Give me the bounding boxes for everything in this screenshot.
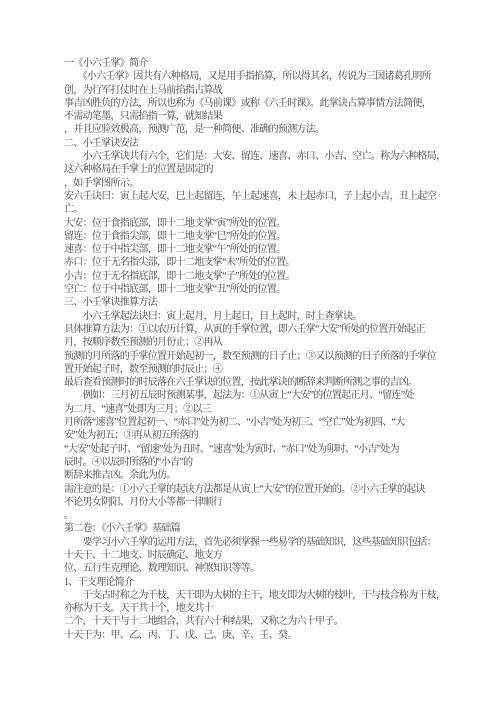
text-line: 月所落“速喜”位置起初一、“赤口”处为初二、“小吉”处为初三、“空亡”处为初四、… xyxy=(64,416,444,429)
text-line: 断辞来推吉凶。余此为仿。 xyxy=(64,469,444,482)
text-line: “大安”处起子时、“留速”处为丑时、“速喜”处为寅时、“赤口”处为卯时、“小吉”… xyxy=(64,443,444,456)
text-line: 小吉：位于无名指底部，即十二地支掌“子”所处的位置。 xyxy=(64,270,444,283)
text-line: 十天干为：甲、乙、丙、丁、戊、己、庚、辛、壬、癸。 xyxy=(64,629,444,642)
text-line: 预测的月所落的手掌位置开始起初一，数至预测的日子止；③又以预测的日子所落的手掌位 xyxy=(64,350,444,363)
text-line: 不需动笔墨，只需掐指一算，就知结果 xyxy=(64,110,444,123)
text-line: 十天干、十二地支、时辰确定、地支方 xyxy=(64,549,444,562)
text-line: 大安：位于食指底部，即十二地支掌“寅”所处的位置。 xyxy=(64,217,444,230)
text-line: 小六壬掌起法诀曰：寅上起月，月上起日，日上起时，时上查掌诀。 xyxy=(64,310,444,323)
text-line: 。 xyxy=(64,509,444,522)
text-line: 1、干支理论简介 xyxy=(64,576,444,589)
text-line: 创，为行军打仗时在上马前掐指占算战 xyxy=(64,84,444,97)
text-line: 具体推算方法为：①以农历计算，从寅的手掌位置，即六壬掌“大安”所处的位置开始起正 xyxy=(64,323,444,336)
text-line: 三、小壬掌诀推算方法 xyxy=(64,296,444,309)
text-line: 亡。 xyxy=(64,203,444,216)
text-line: 小六壬掌诀共有六个，它们是：大安、留连、速喜、赤口、小吉、空亡。称为六种格局， xyxy=(64,150,444,163)
text-line: 要学习小六壬掌的运用方法，首先必须掌握一些易学的基础知识，这些基础知识包括： xyxy=(64,536,444,549)
text-line: 安六壬诀曰：寅上起大安，巳上起留连，午上起速喜，未上起赤口，子上起小吉，丑上起空 xyxy=(64,190,444,203)
text-line: 空亡：位于中指底部，即十二地支掌“丑”所处的位置。 xyxy=(64,283,444,296)
text-line: 置开始起子时，数至预测的时辰止；④ xyxy=(64,363,444,376)
text-line: 亦称为干支。天干共十个，地支共十 xyxy=(64,602,444,615)
text-line: 这六种格局在手掌上的位置是固定的 xyxy=(64,163,444,176)
document-page: 一《小六壬掌》简介 《小六壬掌》因共有六种格局，又是用手指掐算，所以得其名，传说… xyxy=(0,0,500,707)
text-line: 速喜：位于中指尖部，即十二地支掌“午”所处的位置。 xyxy=(64,243,444,256)
text-line: 最后查看预测时的时辰落在六壬掌诀的位置，按此掌诀的断辞来判断所测之事的吉凶。 xyxy=(64,376,444,389)
text-line: 赤口：位于无名指尖部，即十二地支掌“未”所处的位置。 xyxy=(64,256,444,269)
text-line: 一《小六壬掌》简介 xyxy=(64,57,444,70)
text-line: 月，按顺序数至预测的月份止；②再从 xyxy=(64,336,444,349)
text-line: 辰时。④以辰时所落的“小吉”的 xyxy=(64,456,444,469)
text-line: 事吉凶胜负的方法，所以也称为《马前课》或称《六壬时课》。此掌诀占算事情方法简便， xyxy=(64,97,444,110)
text-line: 《小六壬掌》因共有六种格局，又是用手指掐算，所以得其名，传说为三国诸葛孔明所 xyxy=(64,70,444,83)
text-line: 干支古时称之为干枝，天干即为大树的主干，地支即为大树的枝叶，干与枝合称为干枝， xyxy=(64,589,444,602)
text-line: 例如：三月初五辰时预测某事，起法为：①从寅上“大安”的位置起正月、“留连”处 xyxy=(64,389,444,402)
text-line: 第二卷：《小六壬掌》基础篇 xyxy=(64,522,444,535)
text-line: ，并且应验效极高，预测广范，是一种简便、准确的预测方法。 xyxy=(64,123,444,136)
text-line: 留连：位于食指尖部，即十二地支掌“巳”所处的位置。 xyxy=(64,230,444,243)
text-line: 为二月、“速喜”处即为三月；②以三 xyxy=(64,403,444,416)
document-body: 一《小六壬掌》简介 《小六壬掌》因共有六种格局，又是用手指掐算，所以得其名，传说… xyxy=(64,57,444,642)
text-line: 位、五行生克理论、数理知识、神煞知识等等。 xyxy=(64,562,444,575)
text-line: 安”处为初五；③再从初五所落的 xyxy=(64,429,444,442)
text-line: 不论男女阴阳、月份大小等都一律顺行 xyxy=(64,496,444,509)
text-line: 需注意的是：①小六壬掌的起诀方法都是从寅上“大安”的位置开始的。②小六壬掌的起诀 xyxy=(64,483,444,496)
text-line: 二个，十天干与十二地组合，共有六十种结果，又称之为六十甲子。 xyxy=(64,615,444,628)
text-line: 二、小壬掌诀安法 xyxy=(64,137,444,150)
text-line: ，如手掌图所示。 xyxy=(64,177,444,190)
